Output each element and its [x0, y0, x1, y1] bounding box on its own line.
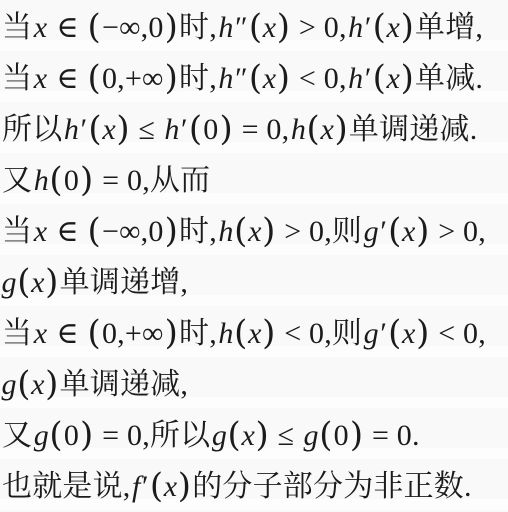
math-paren: ) [219, 109, 232, 148]
math-paren: ) [334, 109, 347, 148]
math-paren: ( [17, 364, 30, 403]
text-run: < 0, [290, 62, 347, 95]
math-paren: ( [388, 313, 401, 352]
math-paren: ( [88, 211, 101, 250]
math-paren: ) [401, 58, 414, 97]
math-paren: ( [388, 211, 401, 250]
text-run: = 0. [363, 419, 420, 452]
math-paren: ( [228, 415, 241, 454]
text-run: 时, [178, 215, 218, 248]
text-run: > 0, [290, 11, 347, 44]
math-variable: x [402, 317, 417, 350]
math-variable: x [248, 215, 263, 248]
math-paren: ) [80, 160, 93, 199]
math-variable: g [1, 266, 17, 299]
math-paren: ) [45, 262, 58, 301]
math-variable: x [241, 419, 256, 452]
math-paren: ( [150, 466, 163, 505]
math-variable: x [31, 368, 46, 401]
text-run: ∈ [48, 62, 88, 95]
math-variable: f [132, 470, 142, 503]
math-variable: h [218, 62, 234, 95]
text-run: = 0, [233, 113, 290, 146]
math-paren: ( [249, 58, 262, 97]
text-run: ′ [180, 113, 189, 146]
math-paren: ( [17, 262, 30, 301]
math-variable: x [33, 215, 48, 248]
text-run: 又 [1, 419, 33, 452]
math-paren: ) [277, 58, 290, 97]
math-paren: ( [373, 7, 386, 46]
text-run: < 0,则 [276, 317, 364, 350]
solution-line-10: 也就是说,f′(x)的分子部分为非正数. [1, 460, 508, 511]
math-variable: h [218, 11, 234, 44]
math-paren: ( [234, 313, 247, 352]
math-paren: ) [178, 466, 191, 505]
text-run: −∞,0 [101, 11, 165, 44]
solution-line-4: 又h(0) = 0,从而 [1, 154, 508, 205]
math-variable: h [63, 113, 79, 146]
math-variable: x [33, 62, 48, 95]
text-run: 时, [178, 317, 218, 350]
text-run: 时, [178, 62, 218, 95]
text-run: 0,+∞ [101, 62, 165, 95]
text-run: ′ [364, 11, 373, 44]
text-run: 0 [333, 419, 350, 452]
math-variable: h [218, 317, 234, 350]
text-run: > 0, [430, 215, 487, 248]
math-variable: h [290, 113, 306, 146]
text-run: ∈ [48, 11, 88, 44]
text-run: > 0,则 [276, 215, 364, 248]
solution-line-7: 当x ∈ (0,+∞)时,h(x) < 0,则g′(x) < 0, [1, 307, 508, 358]
math-paren: ) [401, 7, 414, 46]
text-run: 的分子部分为非正数. [191, 470, 473, 503]
math-variable: x [102, 113, 117, 146]
text-run: 0 [202, 113, 219, 146]
math-variable: x [386, 11, 401, 44]
text-run: 时, [178, 11, 218, 44]
text-run: 0,+∞ [101, 317, 165, 350]
text-run: ″ [234, 62, 249, 95]
math-variable: g [303, 419, 319, 452]
math-paren: ) [350, 415, 363, 454]
math-paren: ) [277, 7, 290, 46]
math-variable: h [33, 164, 49, 197]
math-paren: ) [45, 364, 58, 403]
math-variable: x [248, 317, 263, 350]
math-paren: ) [80, 415, 93, 454]
math-paren: ( [373, 58, 386, 97]
math-paren: ) [165, 211, 178, 250]
text-run: < 0, [430, 317, 487, 350]
math-variable: g [363, 317, 379, 350]
text-run: 0 [63, 164, 80, 197]
text-run: ∈ [48, 215, 88, 248]
math-solution-document: 当x ∈ (−∞,0)时,h″(x) > 0,h′(x)单增, 当x ∈ (0,… [0, 0, 508, 512]
math-paren: ( [189, 109, 202, 148]
solution-line-3: 所以h′(x) ≤ h′(0) = 0,h(x)单调递减. [1, 103, 508, 154]
text-run: ′ [364, 62, 373, 95]
math-paren: ) [255, 415, 268, 454]
math-variable: x [31, 266, 46, 299]
text-run: ″ [234, 11, 249, 44]
solution-line-2: 当x ∈ (0,+∞)时,h″(x) < 0,h′(x)单减. [1, 52, 508, 103]
math-variable: x [262, 62, 277, 95]
text-run: −∞,0 [101, 215, 165, 248]
solution-line-5: 当x ∈ (−∞,0)时,h(x) > 0,则g′(x) > 0, [1, 205, 508, 256]
text-run: 单调递减. [348, 113, 479, 146]
math-paren: ) [262, 313, 275, 352]
math-paren: ) [165, 7, 178, 46]
text-run: 又 [1, 164, 33, 197]
math-paren: ) [416, 313, 429, 352]
math-variable: h [348, 11, 364, 44]
text-run: ′ [141, 470, 150, 503]
math-variable: g [211, 419, 227, 452]
math-paren: ( [49, 415, 62, 454]
math-variable: x [262, 11, 277, 44]
text-run: 当 [1, 317, 33, 350]
math-variable: x [320, 113, 335, 146]
text-run: ∈ [48, 317, 88, 350]
math-variable: x [402, 215, 417, 248]
math-variable: x [386, 62, 401, 95]
solution-line-1: 当x ∈ (−∞,0)时,h″(x) > 0,h′(x)单增, [1, 1, 508, 52]
text-run: 单调递减, [59, 368, 190, 401]
text-run: 0 [63, 419, 80, 452]
math-paren: ( [88, 7, 101, 46]
math-variable: g [1, 368, 17, 401]
math-paren: ( [88, 109, 101, 148]
text-run: 单增, [414, 11, 484, 44]
text-run: ′ [379, 215, 388, 248]
text-run: 所以 [1, 113, 63, 146]
text-run: 也就是说, [1, 470, 132, 503]
math-paren: ( [249, 7, 262, 46]
text-run: = 0,所以 [93, 419, 211, 452]
text-run: 单调递增, [59, 266, 190, 299]
text-run: ≤ [269, 419, 303, 452]
text-run: ′ [379, 317, 388, 350]
math-paren: ( [319, 415, 332, 454]
math-variable: x [33, 317, 48, 350]
math-variable: h [164, 113, 180, 146]
math-variable: x [163, 470, 178, 503]
math-paren: ( [88, 58, 101, 97]
solution-line-8: g(x)单调递减, [1, 358, 508, 409]
math-variable: x [33, 11, 48, 44]
solution-line-9: 又g(0) = 0,所以g(x) ≤ g(0) = 0. [1, 409, 508, 460]
solution-line-6: g(x)单调递增, [1, 256, 508, 307]
text-run: ≤ [130, 113, 164, 146]
text-run: 当 [1, 215, 33, 248]
math-paren: ) [116, 109, 129, 148]
math-variable: h [218, 215, 234, 248]
text-run: 当 [1, 62, 33, 95]
math-variable: h [348, 62, 364, 95]
math-variable: g [33, 419, 49, 452]
math-paren: ) [262, 211, 275, 250]
math-paren: ) [165, 58, 178, 97]
math-paren: ( [307, 109, 320, 148]
text-run: = 0,从而 [93, 164, 211, 197]
math-paren: ) [165, 313, 178, 352]
text-run: 单减. [414, 62, 484, 95]
text-run: 当 [1, 11, 33, 44]
math-paren: ( [234, 211, 247, 250]
math-variable: g [363, 215, 379, 248]
math-paren: ) [416, 211, 429, 250]
math-paren: ( [49, 160, 62, 199]
math-paren: ( [88, 313, 101, 352]
